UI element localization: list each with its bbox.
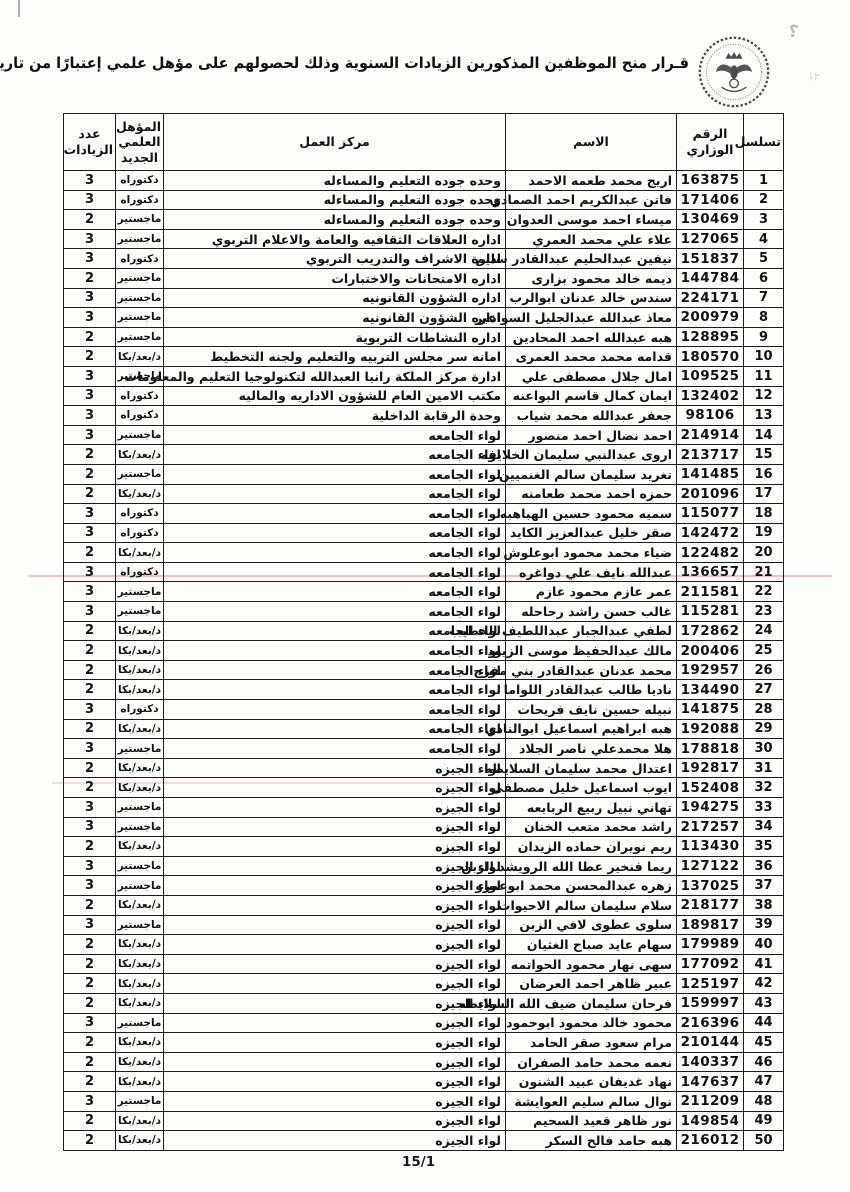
document-title: قـرار منح الموظفين المذكورين الزيادات ال…: [0, 56, 689, 73]
table-row: 22211581عمر عازم محمود عازملواء الجامعهم…: [64, 582, 784, 602]
raises-count-cell: 3: [64, 249, 116, 269]
work-center-cell: لواء الجيزه: [164, 1072, 506, 1092]
name-cell: هبه عبدالله احمد المحادين: [506, 327, 677, 347]
raises-count-cell: 3: [64, 876, 116, 896]
table-header-row: تسلسل الرقم الوزاري الاسم مركز العمل الم…: [64, 114, 784, 171]
serial-cell: 41: [744, 954, 784, 974]
ministry-number-cell: 210144: [677, 1033, 744, 1053]
table-row: 14214914احمد نضال احمد منصورلواء الجامعه…: [64, 425, 784, 445]
work-center-cell: لواء الجيزه: [164, 1131, 506, 1151]
work-center-cell: اداره الامتحانات والاختبارات: [164, 268, 506, 288]
serial-cell: 24: [744, 621, 784, 641]
name-cell: حمزه احمد محمد طعامنه: [506, 484, 677, 504]
ministry-number-cell: 201096: [677, 484, 744, 504]
work-center-cell: وحدة الرقابة الداخلية: [164, 406, 506, 426]
raises-count-cell: 2: [64, 1072, 116, 1092]
raises-count-cell: 2: [64, 895, 116, 915]
ministry-number-cell: 189817: [677, 915, 744, 935]
serial-cell: 38: [744, 895, 784, 915]
work-center-cell: لواء الجامعه: [164, 504, 506, 524]
work-center-cell: لواء الجامعه: [164, 719, 506, 739]
ministry-number-cell: 130469: [677, 210, 744, 230]
raises-count-cell: 3: [64, 798, 116, 818]
table-row: 33194275تهاني نبيل ربيع الربايعهلواء الج…: [64, 798, 784, 818]
qualification-cell: ماجستير: [116, 817, 164, 837]
work-center-cell: لواء الجامعه: [164, 582, 506, 602]
table-row: 40179989سهام عايد صباح الغثيانلواء الجيز…: [64, 935, 784, 955]
serial-cell: 11: [744, 366, 784, 386]
ministry-number-cell: 127122: [677, 856, 744, 876]
work-center-cell: لواء الجيزه: [164, 758, 506, 778]
serial-cell: 22: [744, 582, 784, 602]
qualification-cell: دكتوراه: [116, 523, 164, 543]
qualification-cell: د/بعد/بكا: [116, 895, 164, 915]
qualification-cell: د/بعد/بكا: [116, 974, 164, 994]
qualification-cell: د/بعد/بكا: [116, 1111, 164, 1131]
raises-count-cell: 2: [64, 641, 116, 661]
table-row: 20122482ضياء محمد محمود ابوعلوشلواء الجا…: [64, 543, 784, 563]
raises-count-cell: 2: [64, 1052, 116, 1072]
raises-count-cell: 2: [64, 660, 116, 680]
ministry-number-cell: 151837: [677, 249, 744, 269]
work-center-cell: لواء الجيزه: [164, 915, 506, 935]
name-cell: نور ظاهر قعيد السحيم: [506, 1111, 677, 1131]
raises-count-cell: 3: [64, 856, 116, 876]
qualification-cell: ماجستير: [116, 229, 164, 249]
raises-count-cell: 2: [64, 347, 116, 367]
serial-cell: 31: [744, 758, 784, 778]
name-cell: عبدالله نايف علي دواغره: [506, 562, 677, 582]
table-row: 21136657عبدالله نايف علي دواغرهلواء الجا…: [64, 562, 784, 582]
ministry-number-cell: 142472: [677, 523, 744, 543]
ministry-number-cell: 134490: [677, 680, 744, 700]
raises-count-cell: 2: [64, 954, 116, 974]
work-center-cell: لواء الجيزه: [164, 778, 506, 798]
pencil-mark: ؟: [786, 21, 800, 43]
qualification-cell: د/بعد/بكا: [116, 1072, 164, 1092]
table-row: 44216396محمود خالد محمود ابوحمودلواء الج…: [64, 1013, 784, 1033]
raises-count-cell: 3: [64, 700, 116, 720]
work-center-cell: لواء الجيزه: [164, 1033, 506, 1053]
name-cell: مرام سعود صقر الحامد: [506, 1033, 677, 1053]
qualification-cell: ماجستير: [116, 739, 164, 759]
raises-count-cell: 2: [64, 837, 116, 857]
work-center-cell: لواء الجيزه: [164, 1091, 506, 1111]
serial-cell: 14: [744, 425, 784, 445]
raises-count-cell: 3: [64, 288, 116, 308]
table-row: 49149854نور ظاهر قعيد السحيملواء الجيزهد…: [64, 1111, 784, 1131]
ministry-number-cell: 178818: [677, 739, 744, 759]
raises-count-cell: 3: [64, 739, 116, 759]
name-cell: نيفين عبدالحليم عبدالقادر سليم: [506, 249, 677, 269]
work-center-cell: لواء الجيزه: [164, 1052, 506, 1072]
qualification-cell: ماجستير: [116, 464, 164, 484]
name-cell: زهره عبدالمحسن محمد ابوعمرو: [506, 876, 677, 896]
ministry-number-cell: 144784: [677, 268, 744, 288]
raises-count-cell: 3: [64, 190, 116, 210]
table-row: 17201096حمزه احمد محمد طعامنهلواء الجامع…: [64, 484, 784, 504]
table-row: 26192957محمد عدنان عبدالقادر بني مفرجلوا…: [64, 660, 784, 680]
qualification-cell: د/بعد/بكا: [116, 445, 164, 465]
work-center-cell: لواء الجامعه: [164, 739, 506, 759]
qualification-cell: ماجستير: [116, 856, 164, 876]
table-row: 48211209نوال سالم سليم العوايشةلواء الجي…: [64, 1091, 784, 1111]
table-row: 7224171سندس خالد عدنان ابوالرباداره الشؤ…: [64, 288, 784, 308]
ministry-number-cell: 218177: [677, 895, 744, 915]
ministry-number-cell: 128895: [677, 327, 744, 347]
table-row: 1398106جعفر عبدالله محمد شيابوحدة الرقاب…: [64, 406, 784, 426]
qualification-cell: د/بعد/بكا: [116, 347, 164, 367]
qualification-cell: د/بعد/بكا: [116, 543, 164, 563]
ministry-number-cell: 137025: [677, 876, 744, 896]
ministry-number-cell: 152408: [677, 778, 744, 798]
qualification-cell: د/بعد/بكا: [116, 1033, 164, 1053]
ministry-number-cell: 113430: [677, 837, 744, 857]
ministry-number-cell: 122482: [677, 543, 744, 563]
raises-count-cell: 3: [64, 523, 116, 543]
ministry-number-cell: 132402: [677, 386, 744, 406]
serial-cell: 3: [744, 210, 784, 230]
name-cell: صقر خليل عبدالعزيز الكايد: [506, 523, 677, 543]
raises-count-cell: 3: [64, 915, 116, 935]
qualification-cell: د/بعد/بكا: [116, 641, 164, 661]
ministry-number-cell: 179989: [677, 935, 744, 955]
ministry-number-cell: 171406: [677, 190, 744, 210]
table-row: 43159997فرحان سليمان ضيف الله السلايطهلو…: [64, 993, 784, 1013]
work-center-cell: لواء الجيزه: [164, 974, 506, 994]
name-cell: نوال سالم سليم العوايشة: [506, 1091, 677, 1111]
name-cell: ايوب اسماعيل خليل مصطفى: [506, 778, 677, 798]
serial-cell: 7: [744, 288, 784, 308]
name-cell: تهاني نبيل ربيع الربايعه: [506, 798, 677, 818]
name-cell: معاذ عبدالله عبدالجليل السواعير: [506, 308, 677, 328]
raises-count-cell: 3: [64, 425, 116, 445]
qualification-cell: ماجستير: [116, 798, 164, 818]
raises-count-cell: 2: [64, 1131, 116, 1151]
ministry-number-cell: 115281: [677, 602, 744, 622]
serial-cell: 17: [744, 484, 784, 504]
name-cell: هبه ابراهيم اسماعيل ابوالنادي: [506, 719, 677, 739]
name-cell: لطفي عبدالجبار عبداللطيف الخطيب: [506, 621, 677, 641]
work-center-cell: وحده جوده التعليم والمساءله: [164, 210, 506, 230]
serial-cell: 28: [744, 700, 784, 720]
serial-cell: 4: [744, 229, 784, 249]
serial-cell: 20: [744, 543, 784, 563]
raises-count-cell: 3: [64, 366, 116, 386]
table-row: 28141875نبيله حسين نايف فريحاتلواء الجام…: [64, 700, 784, 720]
name-cell: امال جلال مصطفى علي: [506, 366, 677, 386]
table-row: 12132402ايمان كمال قاسم البواعنهمكتب الا…: [64, 386, 784, 406]
serial-cell: 1: [744, 171, 784, 191]
qualification-cell: ماجستير: [116, 1013, 164, 1033]
name-cell: ناديا طالب عبدالقادر اللواما: [506, 680, 677, 700]
ministry-number-cell: 180570: [677, 347, 744, 367]
qualification-cell: دكتوراه: [116, 406, 164, 426]
serial-cell: 43: [744, 993, 784, 1013]
raises-count-cell: 2: [64, 327, 116, 347]
raises-count-cell: 2: [64, 445, 116, 465]
work-center-cell: ادارة مركز الملكة رانيا العبدالله لتكنول…: [164, 366, 506, 386]
table-row: 32152408ايوب اسماعيل خليل مصطفىلواء الجي…: [64, 778, 784, 798]
name-cell: سلوى عطوى لافي الزبن: [506, 915, 677, 935]
name-cell: هلا محمدعلي ناصر الجلاد: [506, 739, 677, 759]
table-row: 25200406مالك عبدالحفيظ موسى الزيودلواء ا…: [64, 641, 784, 661]
ministry-number-cell: 140337: [677, 1052, 744, 1072]
work-center-cell: لواء الجيزه: [164, 817, 506, 837]
work-center-cell: لواء الجيزه: [164, 1111, 506, 1131]
table-row: 42125197عبير ظاهر احمد العرضانلواء الجيز…: [64, 974, 784, 994]
raises-count-cell: 2: [64, 484, 116, 504]
work-center-cell: لواء الجامعه: [164, 445, 506, 465]
table-row: 19142472صقر خليل عبدالعزيز الكايدلواء ال…: [64, 523, 784, 543]
name-cell: سندس خالد عدنان ابوالرب: [506, 288, 677, 308]
qualification-cell: دكتوراه: [116, 190, 164, 210]
name-cell: عبير ظاهر احمد العرضان: [506, 974, 677, 994]
table-row: 11109525امال جلال مصطفى عليادارة مركز ال…: [64, 366, 784, 386]
header-qualification: المؤهل العلمي الجديد: [116, 114, 164, 171]
name-cell: فاتن عبدالكريم احمد الصمادي: [506, 190, 677, 210]
raises-count-cell: 2: [64, 758, 116, 778]
header-serial: تسلسل: [744, 114, 784, 171]
work-center-cell: لواء الجامعه: [164, 523, 506, 543]
serial-cell: 18: [744, 504, 784, 524]
table-row: 50216012هبه حامد فالح السكرلواء الجيزهد/…: [64, 1131, 784, 1151]
header-name: الاسم: [506, 114, 677, 171]
raises-count-cell: 2: [64, 778, 116, 798]
work-center-cell: لواء الجامعه: [164, 680, 506, 700]
table-row: 30178818هلا محمدعلي ناصر الجلادلواء الجا…: [64, 739, 784, 759]
serial-cell: 36: [744, 856, 784, 876]
table-row: 27134490ناديا طالب عبدالقادر اللوامالواء…: [64, 680, 784, 700]
raises-count-cell: 2: [64, 935, 116, 955]
work-center-cell: لواء الجامعه: [164, 425, 506, 445]
name-cell: قدامه محمد محمد العمرى: [506, 347, 677, 367]
table-row: 46140337نعمه محمد حامد الصفرانلواء الجيز…: [64, 1052, 784, 1072]
name-cell: تغريد سليمان سالم الغنميين: [506, 464, 677, 484]
serial-cell: 25: [744, 641, 784, 661]
serial-cell: 13: [744, 406, 784, 426]
work-center-cell: لواء الجيزه: [164, 856, 506, 876]
serial-cell: 48: [744, 1091, 784, 1111]
qualification-cell: د/بعد/بكا: [116, 719, 164, 739]
raises-count-cell: 2: [64, 621, 116, 641]
table-row: 39189817سلوى عطوى لافي الزبنلواء الجيزهم…: [64, 915, 784, 935]
name-cell: جعفر عبدالله محمد شياب: [506, 406, 677, 426]
table-row: 31192817اعتدال محمد سليمان السلايطهلواء …: [64, 758, 784, 778]
serial-cell: 15: [744, 445, 784, 465]
table-row: 3130469ميساء احمد موسى العدوانوحده جوده …: [64, 210, 784, 230]
ministry-number-cell: 109525: [677, 366, 744, 386]
ministry-number-cell: 163875: [677, 171, 744, 191]
work-center-cell: لواء الجيزه: [164, 993, 506, 1013]
table-body: 1163875اريج محمد طعمه الاحمدوحده جوده ال…: [64, 171, 784, 1151]
work-center-cell: اداره النشاطات التربوية: [164, 327, 506, 347]
qualification-cell: ماجستير: [116, 210, 164, 230]
ministry-number-cell: 192817: [677, 758, 744, 778]
qualification-cell: ماجستير: [116, 602, 164, 622]
ministry-number-cell: 200979: [677, 308, 744, 328]
serial-cell: 23: [744, 602, 784, 622]
serial-cell: 26: [744, 660, 784, 680]
work-center-cell: لواء الجامعه: [164, 602, 506, 622]
table-row: 18115077سميه محمود حسين الهباهبهلواء الج…: [64, 504, 784, 524]
scan-edge-artifact: [18, 0, 20, 17]
raises-count-cell: 3: [64, 602, 116, 622]
ministry-number-cell: 216012: [677, 1131, 744, 1151]
qualification-cell: دكتوراه: [116, 171, 164, 191]
ministry-number-cell: 149854: [677, 1111, 744, 1131]
work-center-cell: لواء الجيزه: [164, 954, 506, 974]
ministry-number-cell: 200406: [677, 641, 744, 661]
name-cell: هبه حامد فالح السكر: [506, 1131, 677, 1151]
serial-cell: 5: [744, 249, 784, 269]
table-row: 8200979معاذ عبدالله عبدالجليل السواعيراد…: [64, 308, 784, 328]
table-row: 16141485تغريد سليمان سالم الغنميينلواء ا…: [64, 464, 784, 484]
name-cell: غالب حسن راشد رحاحله: [506, 602, 677, 622]
qualification-cell: د/بعد/بكا: [116, 935, 164, 955]
serial-cell: 10: [744, 347, 784, 367]
serial-cell: 30: [744, 739, 784, 759]
name-cell: محمد عدنان عبدالقادر بني مفرج: [506, 660, 677, 680]
table-row: 41177092سهى نهار محمود الحواتمهلواء الجي…: [64, 954, 784, 974]
serial-cell: 27: [744, 680, 784, 700]
ministry-number-cell: 159997: [677, 993, 744, 1013]
work-center-cell: لواء الجيزه: [164, 895, 506, 915]
raises-count-cell: 2: [64, 680, 116, 700]
name-cell: ديمه خالد محمود بزارى: [506, 268, 677, 288]
table-row: 5151837نيفين عبدالحليم عبدالقادر سليمادا…: [64, 249, 784, 269]
name-cell: راشد محمد متعب الخنان: [506, 817, 677, 837]
qualification-cell: د/بعد/بكا: [116, 621, 164, 641]
header-work-center: مركز العمل: [164, 114, 506, 171]
raises-count-cell: 3: [64, 171, 116, 191]
serial-cell: 50: [744, 1131, 784, 1151]
ministry-number-cell: 98106: [677, 406, 744, 426]
work-center-cell: لواء الجامعه: [164, 484, 506, 504]
work-center-cell: امانه سر مجلس التربيه والتعليم ولجنه الت…: [164, 347, 506, 367]
qualification-cell: ماجستير: [116, 582, 164, 602]
serial-cell: 19: [744, 523, 784, 543]
raises-count-cell: 2: [64, 210, 116, 230]
work-center-cell: لواء الجامعه: [164, 543, 506, 563]
table-row: 34217257راشد محمد متعب الخنانلواء الجيزه…: [64, 817, 784, 837]
serial-cell: 40: [744, 935, 784, 955]
serial-cell: 29: [744, 719, 784, 739]
name-cell: ميساء احمد موسى العدوان: [506, 210, 677, 230]
name-cell: سهى نهار محمود الحواتمه: [506, 954, 677, 974]
serial-cell: 6: [744, 268, 784, 288]
work-center-cell: لواء الجامعه: [164, 641, 506, 661]
raises-count-cell: 3: [64, 504, 116, 524]
qualification-cell: د/بعد/بكا: [116, 778, 164, 798]
serial-cell: 39: [744, 915, 784, 935]
qualification-cell: دكتوراه: [116, 386, 164, 406]
work-center-cell: وحده جوده التعليم والمساءله: [164, 190, 506, 210]
scanned-document-page: ؟ ١٢ قـرار منح الموظفين المذكورين الزياد…: [0, 0, 850, 1192]
serial-cell: 12: [744, 386, 784, 406]
serial-cell: 44: [744, 1013, 784, 1033]
qualification-cell: ماجستير: [116, 288, 164, 308]
serial-cell: 37: [744, 876, 784, 896]
work-center-cell: لواء الجيزه: [164, 876, 506, 896]
serial-cell: 46: [744, 1052, 784, 1072]
raises-count-cell: 3: [64, 229, 116, 249]
ministry-seal-icon: [696, 32, 772, 112]
table-row: 15213717اروى عبدالنبي سليمان الخلايفهلوا…: [64, 445, 784, 465]
serial-cell: 32: [744, 778, 784, 798]
employee-raises-table: تسلسل الرقم الوزاري الاسم مركز العمل الم…: [63, 113, 784, 1151]
table-row: 24172862لطفي عبدالجبار عبداللطيف الخطيبل…: [64, 621, 784, 641]
ministry-number-cell: 224171: [677, 288, 744, 308]
ministry-number-cell: 213717: [677, 445, 744, 465]
serial-cell: 47: [744, 1072, 784, 1092]
raises-count-cell: 2: [64, 1033, 116, 1053]
qualification-cell: دكتوراه: [116, 504, 164, 524]
raises-count-cell: 2: [64, 464, 116, 484]
pencil-mark: ١٢: [807, 69, 821, 84]
table-row: 4127065علاء علي محمد العمرياداره العلاقا…: [64, 229, 784, 249]
name-cell: سميه محمود حسين الهباهبه: [506, 504, 677, 524]
name-cell: مالك عبدالحفيظ موسى الزيود: [506, 641, 677, 661]
work-center-cell: لواء الجامعه: [164, 562, 506, 582]
raises-count-cell: 2: [64, 974, 116, 994]
serial-cell: 2: [744, 190, 784, 210]
table-row: 23115281غالب حسن راشد رحاحلهلواء الجامعه…: [64, 602, 784, 622]
work-center-cell: ادارة الاشراف والتدريب التربوي: [164, 249, 506, 269]
qualification-cell: ماجستير: [116, 308, 164, 328]
qualification-cell: د/بعد/بكا: [116, 660, 164, 680]
work-center-cell: لواء الجيزه: [164, 837, 506, 857]
ministry-number-cell: 127065: [677, 229, 744, 249]
table-row: 29192088هبه ابراهيم اسماعيل ابوالناديلوا…: [64, 719, 784, 739]
qualification-cell: ماجستير: [116, 425, 164, 445]
qualification-cell: دكتوراه: [116, 700, 164, 720]
qualification-cell: د/بعد/بكا: [116, 484, 164, 504]
qualification-cell: د/بعد/بكا: [116, 1052, 164, 1072]
qualification-cell: د/بعد/بكا: [116, 1131, 164, 1151]
name-cell: ايمان كمال قاسم البواعنه: [506, 386, 677, 406]
serial-cell: 42: [744, 974, 784, 994]
name-cell: اعتدال محمد سليمان السلايطه: [506, 758, 677, 778]
ministry-number-cell: 216396: [677, 1013, 744, 1033]
name-cell: سهام عايد صباح الغثيان: [506, 935, 677, 955]
table-row: 45210144مرام سعود صقر الحامدلواء الجيزهد…: [64, 1033, 784, 1053]
name-cell: نبيله حسين نايف فريحات: [506, 700, 677, 720]
qualification-cell: د/بعد/بكا: [116, 680, 164, 700]
work-center-cell: لواء الجيزه: [164, 1013, 506, 1033]
table-row: 35113430ريم نويران حماده الزيدانلواء الج…: [64, 837, 784, 857]
qualification-cell: دكتوراه: [116, 249, 164, 269]
ministry-number-cell: 214914: [677, 425, 744, 445]
raises-count-cell: 2: [64, 993, 116, 1013]
serial-cell: 9: [744, 327, 784, 347]
table-row: 10180570قدامه محمد محمد العمرىامانه سر م…: [64, 347, 784, 367]
name-cell: احمد نضال احمد منصور: [506, 425, 677, 445]
ministry-number-cell: 211209: [677, 1091, 744, 1111]
raises-count-cell: 3: [64, 562, 116, 582]
ministry-number-cell: 141485: [677, 464, 744, 484]
table-row: 36127122ريما فنخير عطا الله الرويشد الزب…: [64, 856, 784, 876]
raises-count-cell: 2: [64, 268, 116, 288]
name-cell: علاء علي محمد العمري: [506, 229, 677, 249]
name-cell: سلام سليمان سالم الاحيوات: [506, 895, 677, 915]
raises-count-cell: 3: [64, 582, 116, 602]
name-cell: ريم نويران حماده الزيدان: [506, 837, 677, 857]
raises-count-cell: 3: [64, 1013, 116, 1033]
serial-cell: 35: [744, 837, 784, 857]
raises-count-cell: 3: [64, 308, 116, 328]
ministry-number-cell: 211581: [677, 582, 744, 602]
